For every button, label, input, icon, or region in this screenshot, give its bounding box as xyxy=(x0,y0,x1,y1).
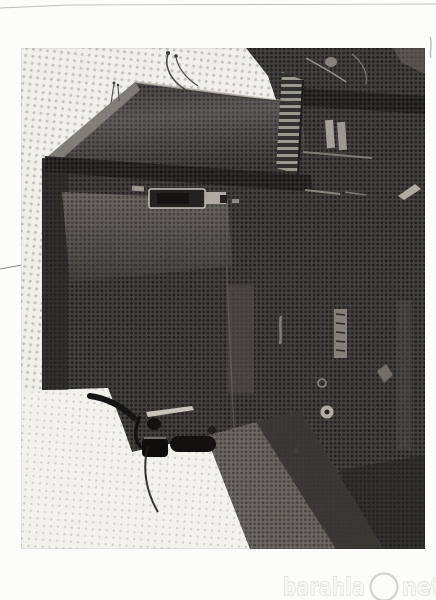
cord-bar xyxy=(170,436,216,452)
scan-canvas: barahla net xyxy=(0,0,436,600)
knob-center xyxy=(325,410,330,415)
control-tick xyxy=(232,199,239,203)
scanned-photo-page: barahla net xyxy=(0,0,436,600)
handle-mark xyxy=(280,316,281,344)
body-light-column xyxy=(396,300,412,450)
control-dark-key xyxy=(220,195,227,203)
wire-tip xyxy=(117,84,120,87)
watermark-site-name: barahla xyxy=(283,573,365,600)
watermark-domain-suffix: net xyxy=(402,573,436,600)
halftone-photo xyxy=(21,48,425,549)
control-tick xyxy=(132,185,144,191)
watermark: barahla net xyxy=(283,573,436,600)
bright-blob xyxy=(325,57,337,67)
wire-tip xyxy=(113,82,116,85)
cord-knot xyxy=(147,418,161,430)
control-slot-inner xyxy=(157,193,189,204)
wire-tip xyxy=(166,51,170,55)
wire-tip xyxy=(174,54,178,58)
tv-screen-shade xyxy=(62,192,232,282)
